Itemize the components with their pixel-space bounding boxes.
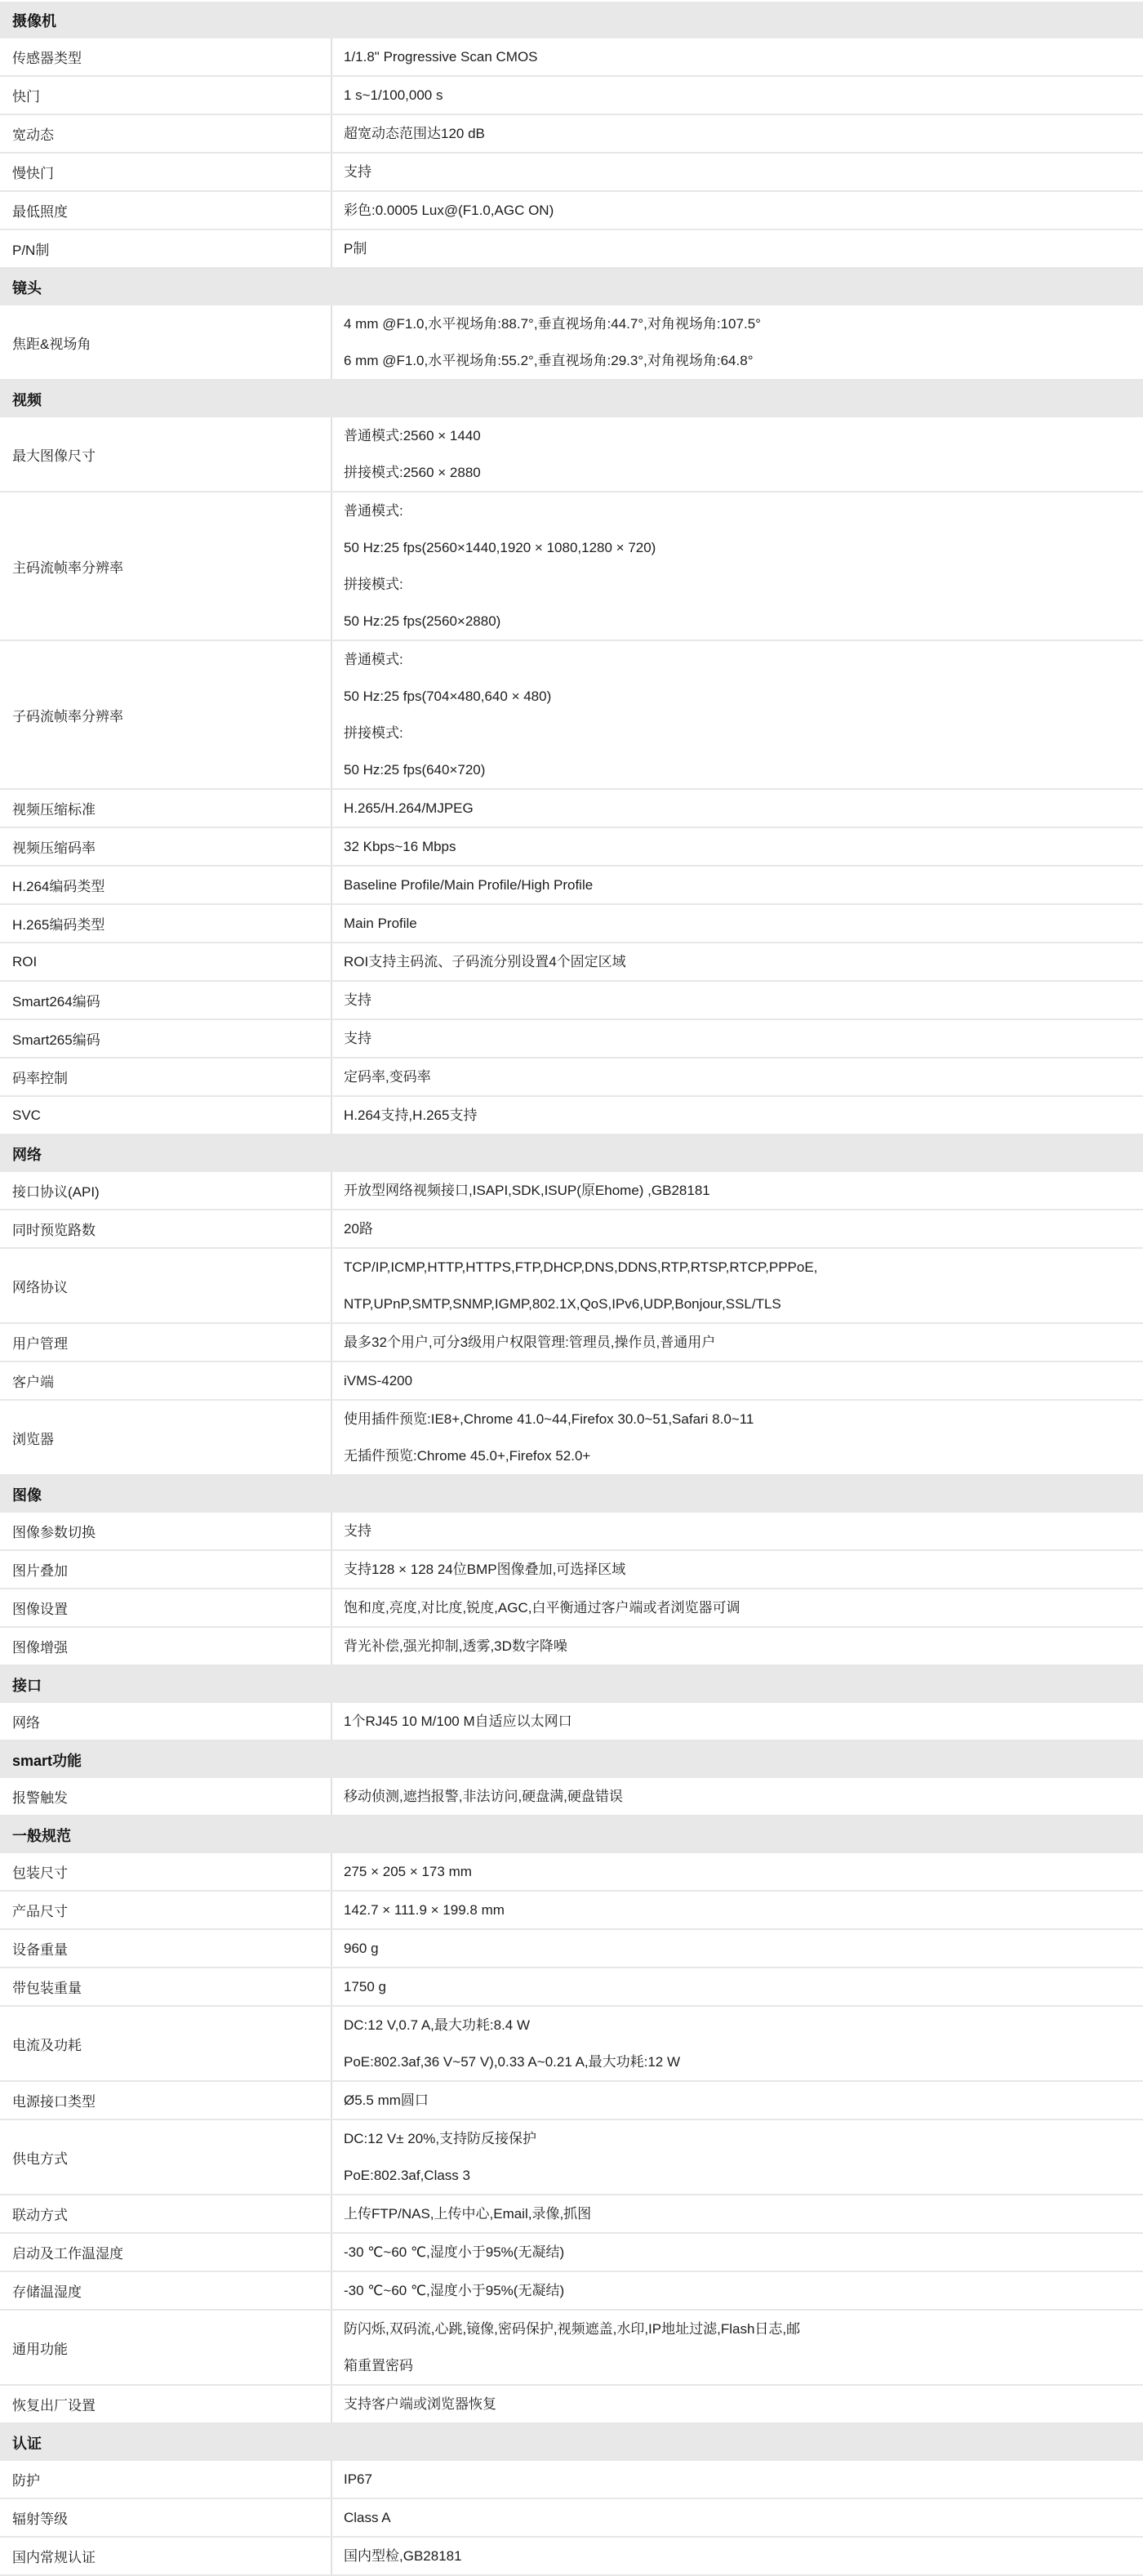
- spec-value-line: 支持: [344, 1513, 1127, 1549]
- spec-value-line: 无插件预览:Chrome 45.0+,Firefox 52.0+: [344, 1437, 1127, 1474]
- spec-row: 图像参数切换支持: [0, 1513, 1143, 1551]
- spec-value-line: 50 Hz:25 fps(704×480,640 × 480): [344, 678, 1127, 715]
- spec-row: 客户端iVMS-4200: [0, 1362, 1143, 1401]
- spec-row: 最大图像尺寸普通模式:2560 × 1440拼接模式:2560 × 2880: [0, 417, 1143, 492]
- spec-value: 32 Kbps~16 Mbps: [331, 828, 1143, 865]
- spec-row: 慢快门支持: [0, 154, 1143, 192]
- spec-value: 普通模式:50 Hz:25 fps(704×480,640 × 480)拼接模式…: [331, 641, 1143, 788]
- spec-value-line: Main Profile: [344, 905, 1127, 942]
- spec-value: 960 g: [331, 1930, 1143, 1967]
- spec-value: 1个RJ45 10 M/100 M自适应以太网口: [331, 1703, 1143, 1740]
- spec-label: Smart265编码: [0, 1020, 331, 1057]
- spec-value-line: 960 g: [344, 1930, 1127, 1967]
- spec-value: 最多32个用户,可分3级用户权限管理:管理员,操作员,普通用户: [331, 1324, 1143, 1361]
- spec-label: H.264编码类型: [0, 867, 331, 903]
- spec-row: ROIROI支持主码流、子码流分别设置4个固定区域: [0, 943, 1143, 982]
- spec-value: IP67: [331, 2461, 1143, 2498]
- spec-row: 报警触发移动侦测,遮挡报警,非法访问,硬盘满,硬盘错误: [0, 1778, 1143, 1816]
- spec-label: 网络: [0, 1703, 331, 1740]
- spec-label: 联动方式: [0, 2195, 331, 2232]
- spec-label: P/N制: [0, 230, 331, 267]
- spec-value-line: 支持: [344, 1020, 1127, 1057]
- spec-value: 开放型网络视频接口,ISAPI,SDK,ISUP(原Ehome) ,GB2818…: [331, 1172, 1143, 1209]
- spec-value: 支持: [331, 1020, 1143, 1057]
- spec-label: 接口协议(API): [0, 1172, 331, 1209]
- spec-label: 最大图像尺寸: [0, 417, 331, 491]
- spec-value-line: 6 mm @F1.0,水平视场角:55.2°,垂直视场角:29.3°,对角视场角…: [344, 342, 1127, 379]
- spec-value: TCP/IP,ICMP,HTTP,HTTPS,FTP,DHCP,DNS,DDNS…: [331, 1249, 1143, 1322]
- spec-label: 用户管理: [0, 1324, 331, 1361]
- spec-label: 视频压缩码率: [0, 828, 331, 865]
- spec-value-line: H.264支持,H.265支持: [344, 1097, 1127, 1134]
- spec-value: DC:12 V± 20%,支持防反接保护PoE:802.3af,Class 3: [331, 2120, 1143, 2194]
- spec-value: ROI支持主码流、子码流分别设置4个固定区域: [331, 943, 1143, 980]
- spec-value-line: 1/1.8" Progressive Scan CMOS: [344, 38, 1127, 75]
- section-header: 视频: [0, 381, 1143, 417]
- spec-row: 网络协议TCP/IP,ICMP,HTTP,HTTPS,FTP,DHCP,DNS,…: [0, 1249, 1143, 1324]
- spec-value: Class A: [331, 2499, 1143, 2536]
- spec-value: 支持: [331, 982, 1143, 1018]
- spec-row: 主码流帧率分辨率普通模式:50 Hz:25 fps(2560×1440,1920…: [0, 492, 1143, 641]
- spec-value: -30 ℃~60 ℃,湿度小于95%(无凝结): [331, 2234, 1143, 2271]
- spec-label: 码率控制: [0, 1058, 331, 1095]
- spec-value-line: 箱重置密码: [344, 2347, 1127, 2384]
- spec-value-line: 1个RJ45 10 M/100 M自适应以太网口: [344, 1703, 1127, 1740]
- spec-value: 普通模式:2560 × 1440拼接模式:2560 × 2880: [331, 417, 1143, 491]
- spec-label: 图像参数切换: [0, 1513, 331, 1549]
- spec-label: 供电方式: [0, 2120, 331, 2194]
- section-header: 摄像机: [0, 2, 1143, 38]
- spec-value: 彩色:0.0005 Lux@(F1.0,AGC ON): [331, 192, 1143, 229]
- spec-row: 视频压缩码率32 Kbps~16 Mbps: [0, 828, 1143, 867]
- spec-value-line: 饱和度,亮度,对比度,锐度,AGC,白平衡通过客户端或者浏览器可调: [344, 1589, 1127, 1626]
- spec-value: Ø5.5 mm圆口: [331, 2082, 1143, 2119]
- spec-value: 超宽动态范围达120 dB: [331, 115, 1143, 152]
- spec-value: 上传FTP/NAS,上传中心,Email,录像,抓图: [331, 2195, 1143, 2232]
- spec-row: 产品尺寸142.7 × 111.9 × 199.8 mm: [0, 1892, 1143, 1930]
- spec-value-line: 普通模式:: [344, 641, 1127, 678]
- spec-label: 最低照度: [0, 192, 331, 229]
- spec-label: 子码流帧率分辨率: [0, 641, 331, 788]
- spec-label: 慢快门: [0, 154, 331, 190]
- spec-value-line: 普通模式:: [344, 492, 1127, 529]
- spec-row: 联动方式上传FTP/NAS,上传中心,Email,录像,抓图: [0, 2195, 1143, 2234]
- spec-value-line: Ø5.5 mm圆口: [344, 2082, 1127, 2119]
- spec-value-line: PoE:802.3af,36 V~57 V),0.33 A~0.21 A,最大功…: [344, 2043, 1127, 2080]
- spec-label: 通用功能: [0, 2311, 331, 2384]
- spec-row: 快门1 s~1/100,000 s: [0, 77, 1143, 115]
- spec-label: 包装尺寸: [0, 1853, 331, 1890]
- spec-row: P/N制P制: [0, 230, 1143, 269]
- spec-row: 国内常规认证国内型检,GB28181: [0, 2538, 1143, 2576]
- spec-label: 同时预览路数: [0, 1210, 331, 1247]
- spec-value: 支持: [331, 1513, 1143, 1549]
- spec-label: 国内常规认证: [0, 2538, 331, 2574]
- spec-value: 支持客户端或浏览器恢复: [331, 2386, 1143, 2422]
- spec-row: H.265编码类型Main Profile: [0, 905, 1143, 943]
- spec-label: SVC: [0, 1097, 331, 1134]
- section-header: smart功能: [0, 1741, 1143, 1778]
- spec-row: SVCH.264支持,H.265支持: [0, 1097, 1143, 1135]
- spec-label: 客户端: [0, 1362, 331, 1399]
- spec-label: 辐射等级: [0, 2499, 331, 2536]
- spec-value-line: iVMS-4200: [344, 1362, 1127, 1399]
- spec-value-line: P制: [344, 230, 1127, 267]
- spec-value-line: DC:12 V± 20%,支持防反接保护: [344, 2120, 1127, 2157]
- spec-label: 产品尺寸: [0, 1892, 331, 1928]
- spec-row: 接口协议(API)开放型网络视频接口,ISAPI,SDK,ISUP(原Ehome…: [0, 1172, 1143, 1210]
- spec-row: 辐射等级Class A: [0, 2499, 1143, 2538]
- spec-row: Smart264编码支持: [0, 982, 1143, 1020]
- spec-value-line: 移动侦测,遮挡报警,非法访问,硬盘满,硬盘错误: [344, 1778, 1127, 1815]
- spec-value-line: 支持: [344, 154, 1127, 190]
- spec-label: 视频压缩标准: [0, 790, 331, 827]
- spec-value-line: 超宽动态范围达120 dB: [344, 115, 1127, 152]
- spec-value: Main Profile: [331, 905, 1143, 942]
- spec-row: 图像设置饱和度,亮度,对比度,锐度,AGC,白平衡通过客户端或者浏览器可调: [0, 1589, 1143, 1628]
- spec-value: H.264支持,H.265支持: [331, 1097, 1143, 1134]
- spec-value-line: 275 × 205 × 173 mm: [344, 1853, 1127, 1890]
- spec-value: DC:12 V,0.7 A,最大功耗:8.4 WPoE:802.3af,36 V…: [331, 2007, 1143, 2080]
- spec-value-line: DC:12 V,0.7 A,最大功耗:8.4 W: [344, 2007, 1127, 2043]
- spec-value-line: -30 ℃~60 ℃,湿度小于95%(无凝结): [344, 2272, 1127, 2309]
- spec-label: 报警触发: [0, 1778, 331, 1815]
- spec-value-line: 使用插件预览:IE8+,Chrome 41.0~44,Firefox 30.0~…: [344, 1401, 1127, 1437]
- spec-value-line: 支持客户端或浏览器恢复: [344, 2386, 1127, 2422]
- spec-value-line: 拼接模式:: [344, 715, 1127, 751]
- spec-value: 1750 g: [331, 1968, 1143, 2005]
- spec-value-line: 定码率,变码率: [344, 1058, 1127, 1095]
- spec-value: 20路: [331, 1210, 1143, 1247]
- spec-label: 存储温湿度: [0, 2272, 331, 2309]
- spec-value-line: 防闪烁,双码流,心跳,镜像,密码保护,视频遮盖,水印,IP地址过滤,Flash日…: [344, 2311, 1127, 2347]
- spec-row: 恢复出厂设置支持客户端或浏览器恢复: [0, 2386, 1143, 2424]
- spec-value-line: NTP,UPnP,SMTP,SNMP,IGMP,802.1X,QoS,IPv6,…: [344, 1286, 1127, 1322]
- spec-row: H.264编码类型Baseline Profile/Main Profile/H…: [0, 867, 1143, 905]
- spec-value: Baseline Profile/Main Profile/High Profi…: [331, 867, 1143, 903]
- spec-label: 电流及功耗: [0, 2007, 331, 2080]
- spec-value-line: ROI支持主码流、子码流分别设置4个固定区域: [344, 943, 1127, 980]
- spec-value: 普通模式:50 Hz:25 fps(2560×1440,1920 × 1080,…: [331, 492, 1143, 640]
- spec-label: 图像设置: [0, 1589, 331, 1626]
- spec-row: 视频压缩标准H.265/H.264/MJPEG: [0, 790, 1143, 828]
- spec-row: 宽动态超宽动态范围达120 dB: [0, 115, 1143, 154]
- spec-value: H.265/H.264/MJPEG: [331, 790, 1143, 827]
- spec-value: 国内型检,GB28181: [331, 2538, 1143, 2574]
- spec-row: 浏览器使用插件预览:IE8+,Chrome 41.0~44,Firefox 30…: [0, 1401, 1143, 1476]
- spec-sheet: 摄像机传感器类型1/1.8" Progressive Scan CMOS快门1 …: [0, 0, 1143, 2576]
- spec-value-line: 50 Hz:25 fps(2560×1440,1920 × 1080,1280 …: [344, 529, 1127, 566]
- spec-value-line: H.265/H.264/MJPEG: [344, 790, 1127, 827]
- spec-value-line: 32 Kbps~16 Mbps: [344, 828, 1127, 865]
- spec-label: 图片叠加: [0, 1551, 331, 1588]
- spec-label: 焦距&视场角: [0, 305, 331, 379]
- spec-table: 摄像机传感器类型1/1.8" Progressive Scan CMOS快门1 …: [0, 2, 1143, 2576]
- spec-label: 浏览器: [0, 1401, 331, 1474]
- spec-row: 网络1个RJ45 10 M/100 M自适应以太网口: [0, 1703, 1143, 1741]
- spec-value-line: 50 Hz:25 fps(2560×2880): [344, 603, 1127, 640]
- spec-row: 用户管理最多32个用户,可分3级用户权限管理:管理员,操作员,普通用户: [0, 1324, 1143, 1362]
- spec-value: 防闪烁,双码流,心跳,镜像,密码保护,视频遮盖,水印,IP地址过滤,Flash日…: [331, 2311, 1143, 2384]
- spec-value: 1/1.8" Progressive Scan CMOS: [331, 38, 1143, 75]
- spec-row: 启动及工作温湿度-30 ℃~60 ℃,湿度小于95%(无凝结): [0, 2234, 1143, 2272]
- spec-row: 码率控制定码率,变码率: [0, 1058, 1143, 1097]
- spec-label: 传感器类型: [0, 38, 331, 75]
- spec-row: 子码流帧率分辨率普通模式:50 Hz:25 fps(704×480,640 × …: [0, 641, 1143, 790]
- spec-row: 通用功能防闪烁,双码流,心跳,镜像,密码保护,视频遮盖,水印,IP地址过滤,Fl…: [0, 2311, 1143, 2386]
- spec-value-line: 1 s~1/100,000 s: [344, 77, 1127, 114]
- spec-value-line: PoE:802.3af,Class 3: [344, 2157, 1127, 2194]
- spec-value-line: TCP/IP,ICMP,HTTP,HTTPS,FTP,DHCP,DNS,DDNS…: [344, 1249, 1127, 1286]
- spec-row: 电源接口类型Ø5.5 mm圆口: [0, 2082, 1143, 2120]
- spec-row: 防护IP67: [0, 2461, 1143, 2499]
- spec-row: 带包装重量1750 g: [0, 1968, 1143, 2007]
- spec-label: 主码流帧率分辨率: [0, 492, 331, 640]
- spec-value-line: 最多32个用户,可分3级用户权限管理:管理员,操作员,普通用户: [344, 1324, 1127, 1361]
- spec-value-line: -30 ℃~60 ℃,湿度小于95%(无凝结): [344, 2234, 1127, 2271]
- spec-value-line: 20路: [344, 1210, 1127, 1247]
- spec-label: ROI: [0, 943, 331, 980]
- spec-value-line: 上传FTP/NAS,上传中心,Email,录像,抓图: [344, 2195, 1127, 2232]
- spec-value-line: 1750 g: [344, 1968, 1127, 2005]
- spec-row: 包装尺寸275 × 205 × 173 mm: [0, 1853, 1143, 1892]
- spec-row: 焦距&视场角4 mm @F1.0,水平视场角:88.7°,垂直视场角:44.7°…: [0, 305, 1143, 381]
- spec-label: 恢复出厂设置: [0, 2386, 331, 2422]
- spec-label: 网络协议: [0, 1249, 331, 1322]
- spec-value: 使用插件预览:IE8+,Chrome 41.0~44,Firefox 30.0~…: [331, 1401, 1143, 1474]
- spec-value-line: 背光补偿,强光抑制,透雾,3D数字降噪: [344, 1628, 1127, 1665]
- spec-label: 带包装重量: [0, 1968, 331, 2005]
- spec-label: 启动及工作温湿度: [0, 2234, 331, 2271]
- spec-label: 快门: [0, 77, 331, 114]
- spec-value: iVMS-4200: [331, 1362, 1143, 1399]
- spec-row: 图片叠加支持128 × 128 24位BMP图像叠加,可选择区域: [0, 1551, 1143, 1589]
- spec-value-line: 50 Hz:25 fps(640×720): [344, 751, 1127, 788]
- spec-value: 142.7 × 111.9 × 199.8 mm: [331, 1892, 1143, 1928]
- spec-row: 电流及功耗DC:12 V,0.7 A,最大功耗:8.4 WPoE:802.3af…: [0, 2007, 1143, 2082]
- spec-value: 275 × 205 × 173 mm: [331, 1853, 1143, 1890]
- spec-value-line: 彩色:0.0005 Lux@(F1.0,AGC ON): [344, 192, 1127, 229]
- section-header: 一般规范: [0, 1816, 1143, 1853]
- section-header: 网络: [0, 1135, 1143, 1172]
- spec-row: 图像增强背光补偿,强光抑制,透雾,3D数字降噪: [0, 1628, 1143, 1666]
- spec-value-line: 国内型检,GB28181: [344, 2538, 1127, 2574]
- spec-value-line: Baseline Profile/Main Profile/High Profi…: [344, 867, 1127, 903]
- spec-label: 防护: [0, 2461, 331, 2498]
- spec-value: 支持128 × 128 24位BMP图像叠加,可选择区域: [331, 1551, 1143, 1588]
- section-header: 认证: [0, 2424, 1143, 2461]
- spec-value-line: 支持: [344, 982, 1127, 1018]
- spec-value: 1 s~1/100,000 s: [331, 77, 1143, 114]
- spec-value: 定码率,变码率: [331, 1058, 1143, 1095]
- section-header: 接口: [0, 1666, 1143, 1703]
- spec-value: 饱和度,亮度,对比度,锐度,AGC,白平衡通过客户端或者浏览器可调: [331, 1589, 1143, 1626]
- spec-value: P制: [331, 230, 1143, 267]
- spec-label: Smart264编码: [0, 982, 331, 1018]
- spec-value: 移动侦测,遮挡报警,非法访问,硬盘满,硬盘错误: [331, 1778, 1143, 1815]
- spec-value-line: 拼接模式:2560 × 2880: [344, 454, 1127, 491]
- spec-label: 宽动态: [0, 115, 331, 152]
- spec-value: 支持: [331, 154, 1143, 190]
- section-header: 镜头: [0, 269, 1143, 305]
- spec-row: 供电方式DC:12 V± 20%,支持防反接保护PoE:802.3af,Clas…: [0, 2120, 1143, 2195]
- spec-row: 传感器类型1/1.8" Progressive Scan CMOS: [0, 38, 1143, 77]
- spec-value: 背光补偿,强光抑制,透雾,3D数字降噪: [331, 1628, 1143, 1665]
- spec-row: Smart265编码支持: [0, 1020, 1143, 1058]
- spec-label: 电源接口类型: [0, 2082, 331, 2119]
- spec-row: 存储温湿度-30 ℃~60 ℃,湿度小于95%(无凝结): [0, 2272, 1143, 2311]
- spec-value: 4 mm @F1.0,水平视场角:88.7°,垂直视场角:44.7°,对角视场角…: [331, 305, 1143, 379]
- spec-value-line: Class A: [344, 2499, 1127, 2536]
- spec-value-line: IP67: [344, 2461, 1127, 2498]
- section-header: 图像: [0, 1476, 1143, 1513]
- spec-label: 设备重量: [0, 1930, 331, 1967]
- spec-row: 同时预览路数20路: [0, 1210, 1143, 1249]
- spec-value-line: 4 mm @F1.0,水平视场角:88.7°,垂直视场角:44.7°,对角视场角…: [344, 305, 1127, 342]
- spec-row: 设备重量960 g: [0, 1930, 1143, 1968]
- spec-row: 最低照度彩色:0.0005 Lux@(F1.0,AGC ON): [0, 192, 1143, 230]
- spec-value-line: 拼接模式:: [344, 566, 1127, 603]
- spec-value-line: 普通模式:2560 × 1440: [344, 417, 1127, 454]
- spec-value: -30 ℃~60 ℃,湿度小于95%(无凝结): [331, 2272, 1143, 2309]
- spec-value-line: 开放型网络视频接口,ISAPI,SDK,ISUP(原Ehome) ,GB2818…: [344, 1172, 1127, 1209]
- spec-label: H.265编码类型: [0, 905, 331, 942]
- spec-label: 图像增强: [0, 1628, 331, 1665]
- spec-value-line: 支持128 × 128 24位BMP图像叠加,可选择区域: [344, 1551, 1127, 1588]
- spec-value-line: 142.7 × 111.9 × 199.8 mm: [344, 1892, 1127, 1928]
